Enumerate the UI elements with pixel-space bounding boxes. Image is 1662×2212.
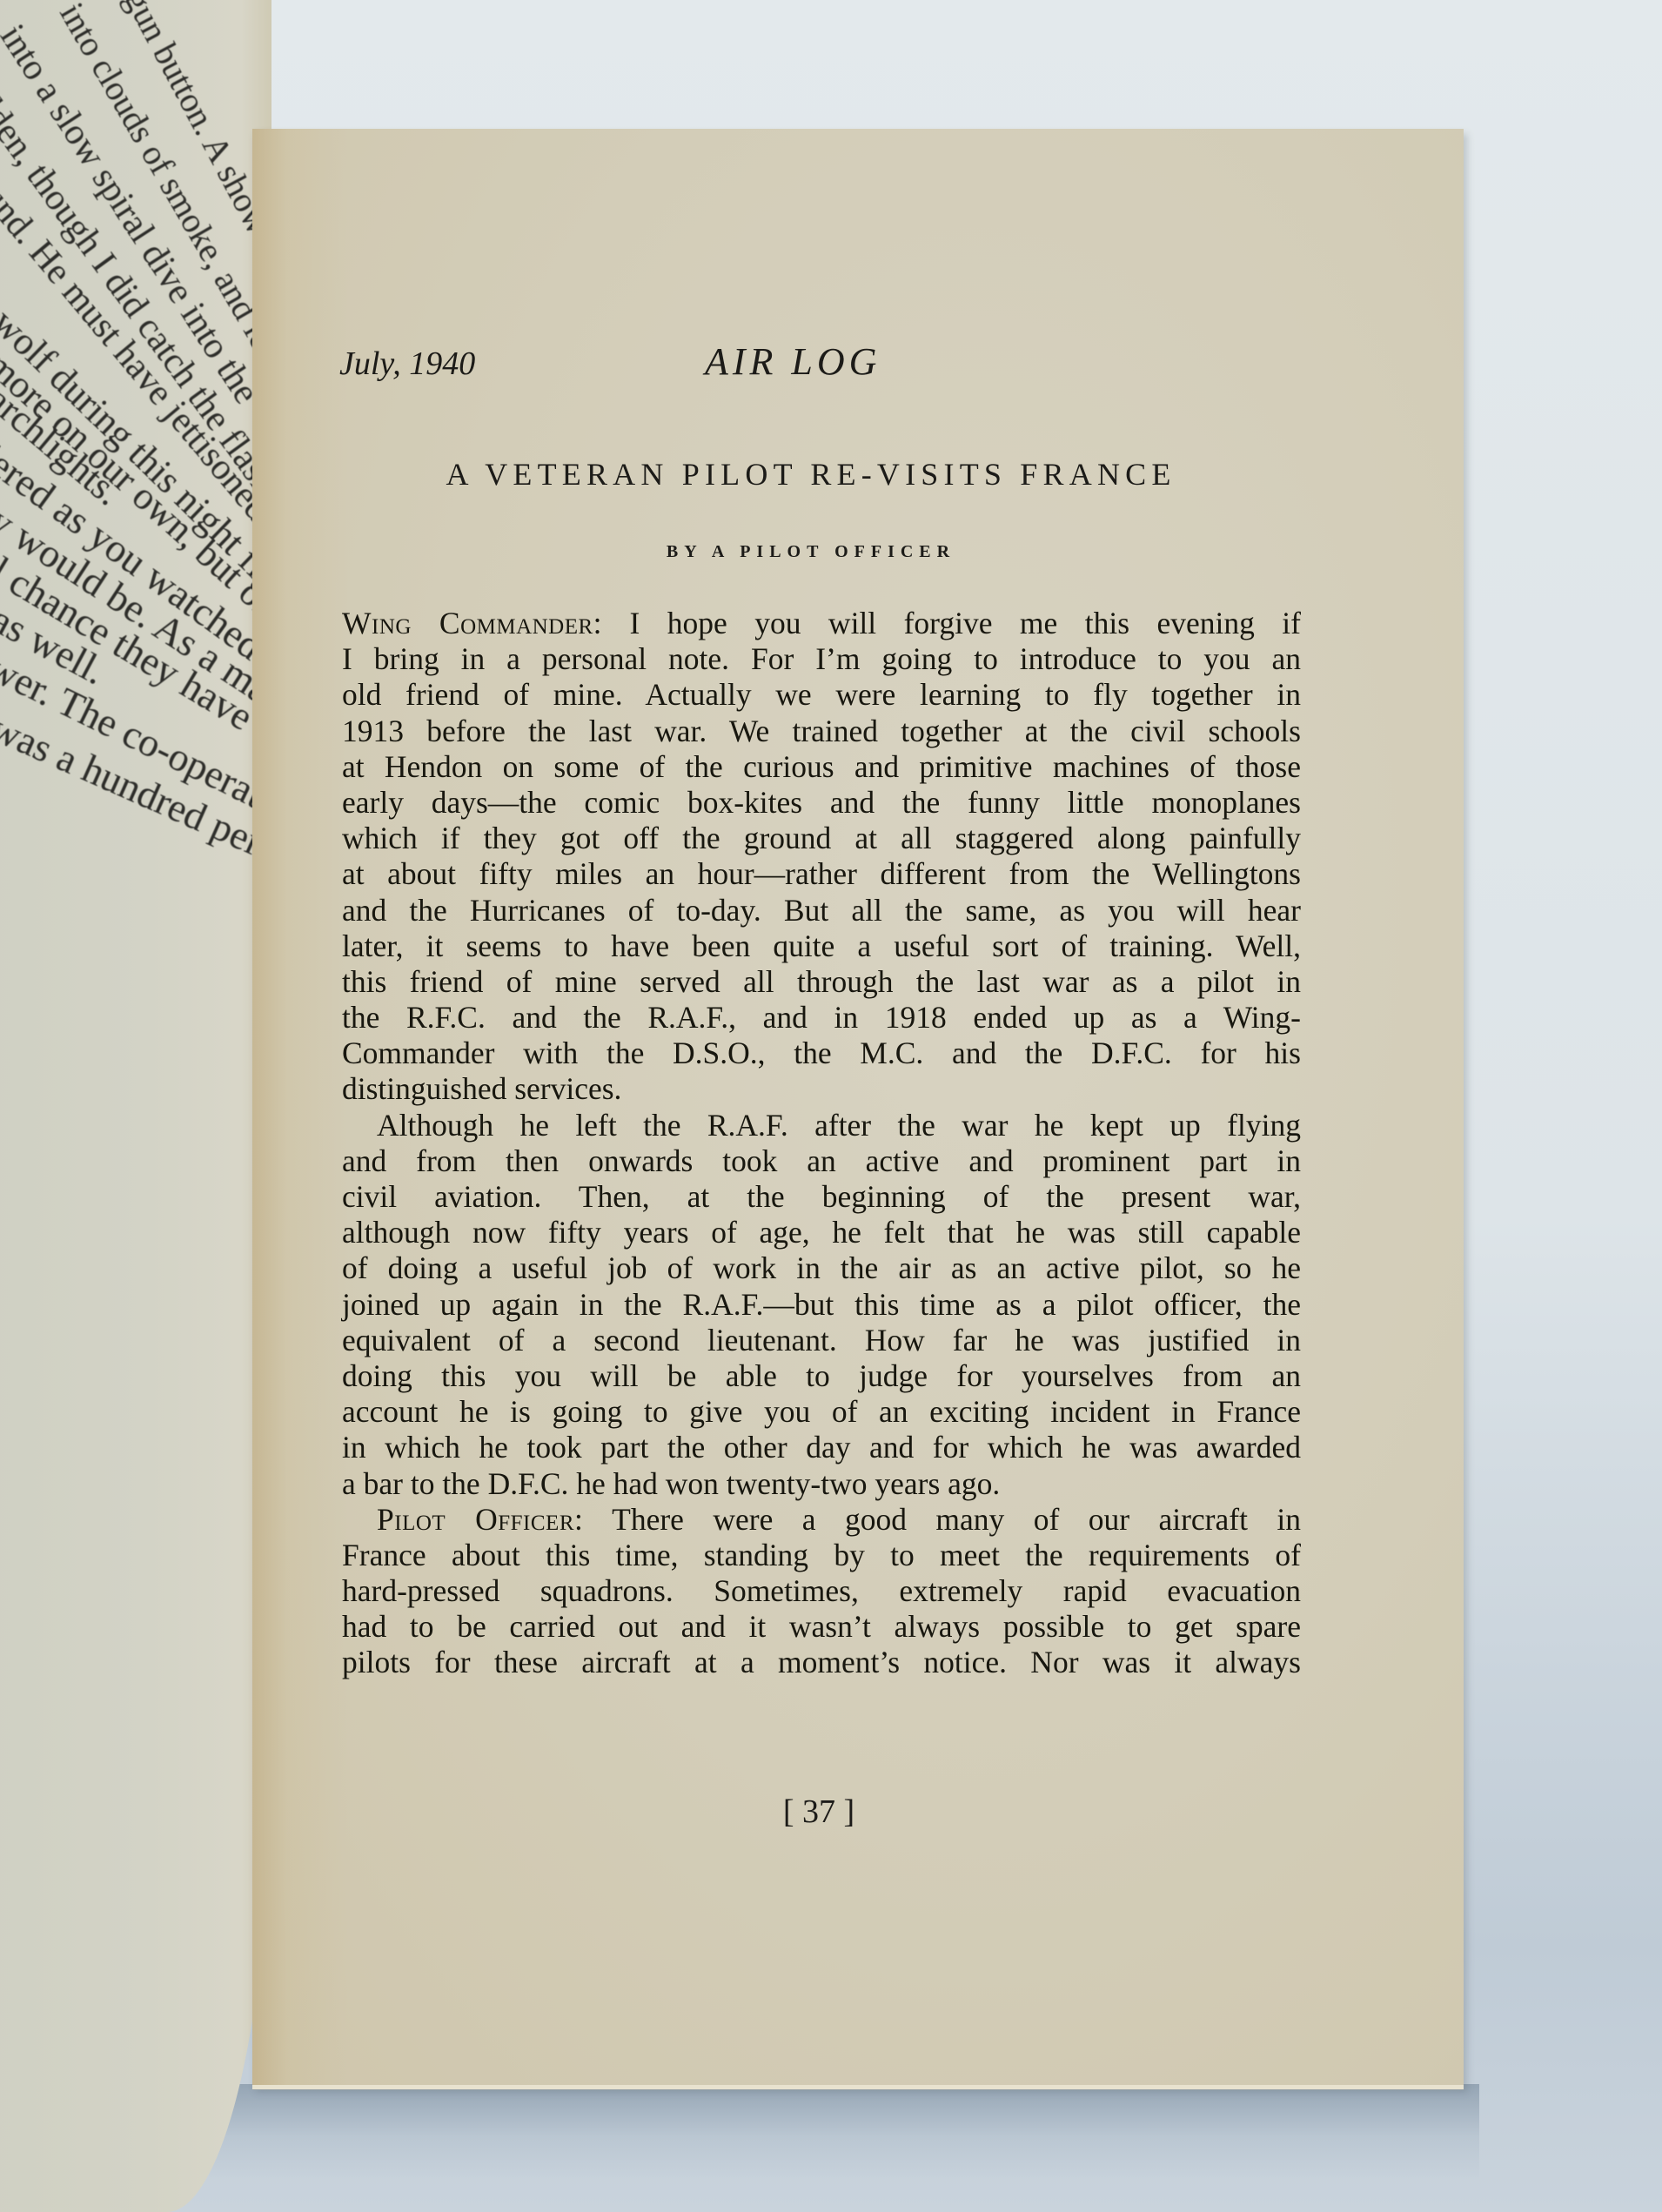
speaker-label: Pilot Officer: [377, 1502, 583, 1537]
speaker-label: Wing Commander: [342, 606, 602, 640]
text-line: pilots for these aircraft at a moment’s … [342, 1645, 1301, 1680]
text-line: although now fifty years of age, he felt… [342, 1215, 1301, 1250]
text-line: of doing a useful job of work in the air… [342, 1250, 1301, 1286]
text-line: doing this you will be able to judge for… [342, 1358, 1301, 1394]
article-title: A VETERAN PILOT RE-VISITS FRANCE [350, 456, 1272, 493]
byline: BY A PILOT OFFICER [593, 542, 1029, 562]
running-head-title: AIR LOG [705, 339, 881, 384]
running-head-date: July, 1940 [339, 345, 475, 383]
page-number: [ 37 ] [771, 1793, 867, 1831]
article-body: Wing Commander: I hope you will forgive … [342, 606, 1301, 1681]
book-shadow [209, 2084, 1479, 2180]
text-line: this friend of mine served all through t… [342, 964, 1301, 1000]
text-line: which if they got off the ground at all … [342, 821, 1301, 856]
text-line: and from then onwards took an active and… [342, 1143, 1301, 1179]
text-line: at Hendon on some of the curious and pri… [342, 749, 1301, 785]
facing-page-left: gun button. A shower into clouds of smok… [0, 0, 271, 2212]
running-head: July, 1940 AIR LOG [339, 345, 1297, 397]
text-line: in which he took part the other day and … [342, 1430, 1301, 1465]
text-line: Commander with the D.S.O., the M.C. and … [342, 1036, 1301, 1071]
text-line: equivalent of a second lieutenant. How f… [342, 1323, 1301, 1358]
text-line: hard-pressed squadrons. Sometimes, extre… [342, 1573, 1301, 1609]
text-run: There were a good many of our aircraft i… [583, 1502, 1301, 1537]
text-line: and the Hurricanes of to-day. But all th… [342, 893, 1301, 928]
text-line: early days—the comic box-kites and the f… [342, 785, 1301, 821]
text-line: Although he left the R.A.F. after the wa… [342, 1108, 1301, 1143]
page-bottom-edge [252, 2085, 1464, 2090]
text-line: a bar to the D.F.C. he had won twenty-tw… [342, 1466, 1301, 1502]
text-line: the R.F.C. and the R.A.F., and in 1918 e… [342, 1000, 1301, 1036]
text-line: at about fifty miles an hour—rather diff… [342, 856, 1301, 892]
text-line: had to be carried out and it wasn’t alwa… [342, 1609, 1301, 1645]
text-line: civil aviation. Then, at the beginning o… [342, 1179, 1301, 1215]
text-line: I bring in a personal note. For I’m goin… [342, 641, 1301, 677]
text-line: later, it seems to have been quite a use… [342, 928, 1301, 964]
text-line: account he is going to give you of an ex… [342, 1394, 1301, 1430]
text-line: Wing Commander: I hope you will forgive … [342, 606, 1301, 641]
text-line: 1913 before the last war. We trained tog… [342, 714, 1301, 749]
text-line: distinguished services. [342, 1071, 1301, 1107]
text-run: I hope you will forgive me this evening … [602, 606, 1301, 640]
text-line: Pilot Officer: There were a good many of… [342, 1502, 1301, 1538]
text-line: joined up again in the R.A.F.—but this t… [342, 1287, 1301, 1323]
text-line: old friend of mine. Actually we were lea… [342, 677, 1301, 713]
book-page-right: July, 1940 AIR LOG A VETERAN PILOT RE-VI… [252, 129, 1464, 2087]
text-line: France about this time, standing by to m… [342, 1538, 1301, 1573]
